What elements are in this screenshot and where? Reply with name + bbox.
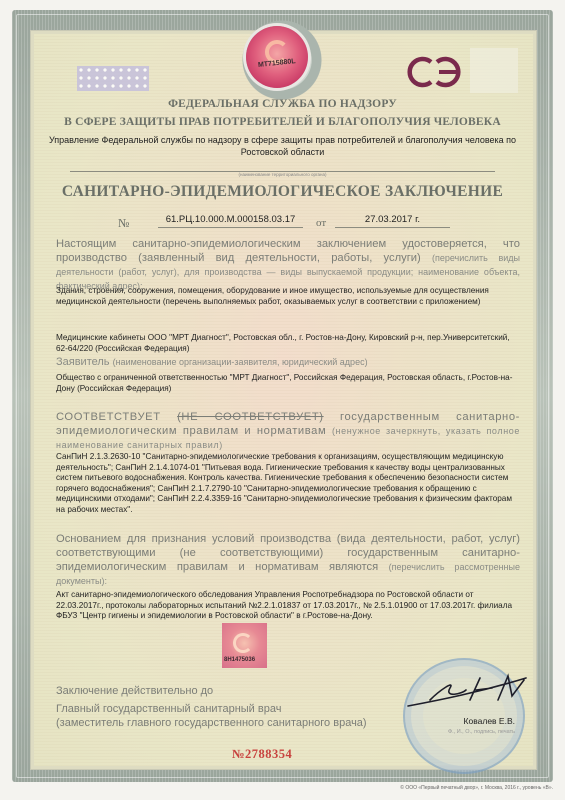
agency-title-line1: ФЕДЕРАЛЬНАЯ СЛУЖБА ПО НАДЗОРУ <box>30 98 535 110</box>
date-label: от <box>316 217 326 229</box>
applicant-hint: (наименование организации-заявителя, юри… <box>113 357 368 367</box>
hologram-bottom-code: 8Н1475036 <box>224 657 255 663</box>
territorial-body-caption: (наименование территориального органа) <box>30 172 535 177</box>
deputy-title: (заместитель главного государственного с… <box>56 717 367 729</box>
basis-paragraph: Основанием для признания условий произво… <box>56 532 520 588</box>
signer-name: Ковалев Е.В. <box>430 716 515 726</box>
applicant-text: Общество с ограниченной ответственностью… <box>56 373 520 394</box>
territorial-body: Управление Федеральной службы по надзору… <box>45 134 520 158</box>
certify-paragraph: Настоящим санитарно-эпидемиологическим з… <box>56 237 520 293</box>
document-date: 27.03.2017 г. <box>335 214 450 228</box>
sanitary-rules: СанПиН 2.1.3.2630-10 "Санитарно-эпидемио… <box>56 452 520 515</box>
applicant-label-row: Заявитель (наименование организации-заяв… <box>56 356 520 368</box>
signature-icon <box>400 670 530 710</box>
object-address: Медицинские кабинеты ООО "МРТ Диагност",… <box>56 333 520 354</box>
applicant-label: Заявитель <box>56 356 110 368</box>
valid-until-label: Заключение действительно до <box>56 685 213 697</box>
blank-area <box>470 48 518 93</box>
not-complies-struck: (НЕ СООТВЕТСТВУЕТ) <box>177 411 324 423</box>
signer-caption: Ф., И., О., подпись, печать <box>430 729 515 735</box>
chief-title: Главный государственный санитарный врач <box>56 703 281 715</box>
security-hologram-strip <box>77 66 149 91</box>
basis-documents: Акт санитарно-эпидемиологического обслед… <box>56 590 520 622</box>
se-logo-icon <box>401 55 467 89</box>
printer-note: © ООО «Первый печатный двор», г. Москва,… <box>400 785 553 791</box>
compliance-paragraph: СООТВЕТСТВУЕТ (НЕ СООТВЕТСТВУЕТ) государ… <box>56 410 520 452</box>
emblem-c-icon <box>233 633 253 653</box>
document-number: 61.РЦ.10.000.М.000158.03.17 <box>158 214 303 228</box>
activity-text: Здания, строения, сооружения, помещения,… <box>56 286 520 307</box>
document-title: САНИТАРНО-ЭПИДЕМИОЛОГИЧЕСКОЕ ЗАКЛЮЧЕНИЕ <box>30 183 535 201</box>
complies-word: СООТВЕТСТВУЕТ <box>56 411 161 423</box>
agency-title-line2: В СФЕРЕ ЗАЩИТЫ ПРАВ ПОТРЕБИТЕЛЕЙ И БЛАГО… <box>30 116 535 128</box>
blank-serial-number: №2788354 <box>232 747 292 762</box>
number-label: № <box>118 216 129 231</box>
